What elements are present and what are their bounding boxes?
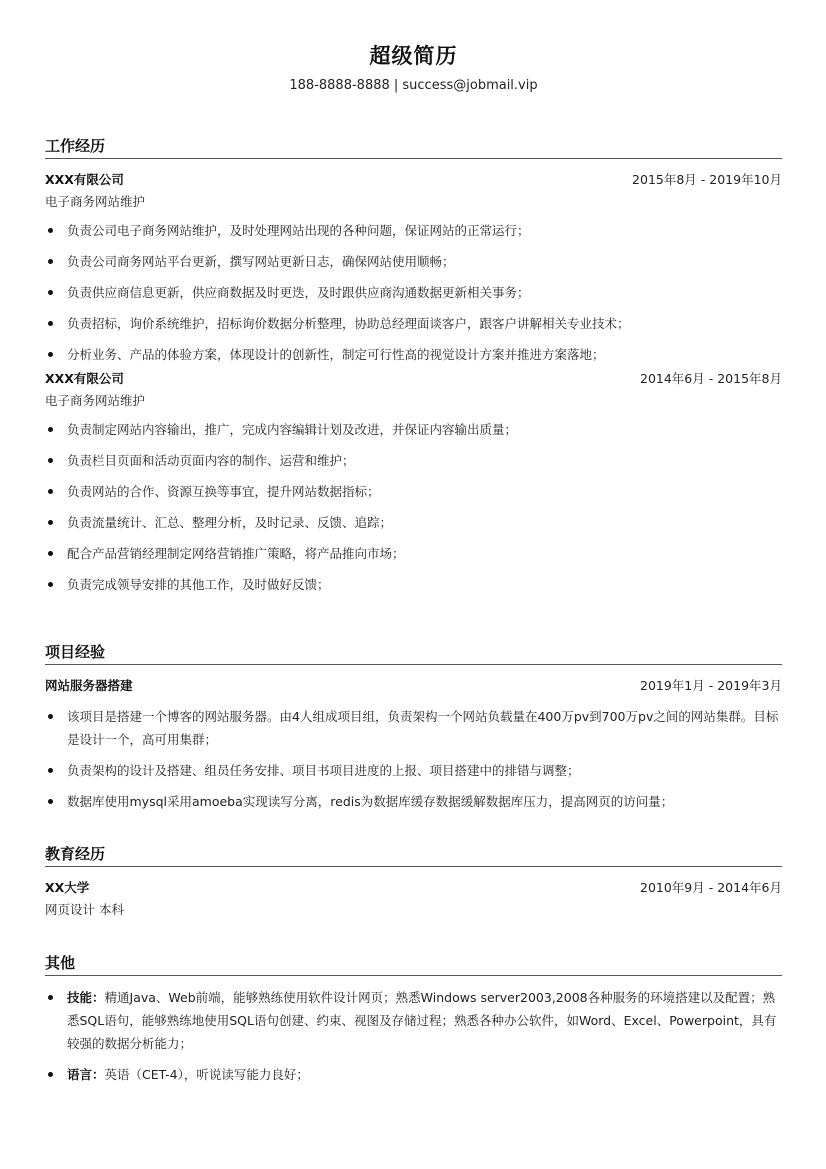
date-range: 2019年1月 - 2019年3月 bbox=[640, 675, 782, 697]
list-item: 负责供应商信息更新，供应商数据及时更迭，及时跟供应商沟通数据更新相关事务； bbox=[45, 281, 782, 304]
section-heading-work: 工作经历 bbox=[45, 134, 782, 159]
list-item: 数据库使用mysql采用amoeba实现读写分离，redis为数据库缓存数据缓解… bbox=[45, 790, 782, 813]
list-item: 负责制定网站内容输出，推广，完成内容编辑计划及改进，并保证内容输出质量； bbox=[45, 418, 782, 441]
date-range: 2015年8月 - 2019年10月 bbox=[632, 169, 782, 191]
skills-label: 技能： bbox=[67, 990, 105, 1005]
list-item: 分析业务、产品的体验方案，体现设计的创新性，制定可行性高的视觉设计方案并推进方案… bbox=[45, 343, 782, 366]
bullet-list: 负责公司电子商务网站维护，及时处理网站出现的各种问题，保证网站的正常运行； 负责… bbox=[45, 219, 782, 366]
job-role: 电子商务网站维护 bbox=[45, 191, 782, 213]
date-range: 2010年9月 - 2014年6月 bbox=[640, 877, 782, 899]
major-degree: 网页设计 本科 bbox=[45, 899, 782, 921]
list-item-language: 语言：英语（CET-4），听说读写能力良好； bbox=[45, 1063, 782, 1086]
list-item: 该项目是搭建一个博客的网站服务器。由4人组成项目组，负责架构一个网站负载量在40… bbox=[45, 705, 782, 751]
section-work: 工作经历 XXX有限公司 2015年8月 - 2019年10月 电子商务网站维护… bbox=[45, 134, 782, 604]
list-item: 负责流量统计、汇总、整理分析，及时记录、反馈、追踪； bbox=[45, 511, 782, 534]
skills-text: 精通Java、Web前端，能够熟练使用软件设计网页；熟悉Windows serv… bbox=[67, 990, 776, 1051]
company-name: XXX有限公司 bbox=[45, 368, 124, 390]
list-item: 负责公司商务网站平台更新，撰写网站更新日志，确保网站使用顺畅； bbox=[45, 250, 782, 273]
job-role: 电子商务网站维护 bbox=[45, 390, 782, 412]
school-name: XX大学 bbox=[45, 877, 89, 899]
company-name: XXX有限公司 bbox=[45, 169, 124, 191]
language-label: 语言： bbox=[67, 1067, 105, 1082]
resume-title: 超级简历 bbox=[45, 40, 782, 70]
section-heading-education: 教育经历 bbox=[45, 842, 782, 867]
language-text: 英语（CET-4），听说读写能力良好； bbox=[105, 1067, 309, 1082]
list-item-skills: 技能：精通Java、Web前端，能够熟练使用软件设计网页；熟悉Windows s… bbox=[45, 986, 782, 1055]
list-item: 负责完成领导安排的其他工作，及时做好反馈； bbox=[45, 573, 782, 596]
section-other: 其他 技能：精通Java、Web前端，能够熟练使用软件设计网页；熟悉Window… bbox=[45, 951, 782, 1094]
section-heading-other: 其他 bbox=[45, 951, 782, 976]
date-range: 2014年6月 - 2015年8月 bbox=[640, 368, 782, 390]
work-entry: XXX有限公司 2014年6月 - 2015年8月 电子商务网站维护 负责制定网… bbox=[45, 368, 782, 596]
list-item: 负责架构的设计及搭建、组员任务安排、项目书项目进度的上报、项目搭建中的排错与调整… bbox=[45, 759, 782, 782]
list-item: 负责招标，询价系统维护，招标询价数据分析整理，协助总经理面谈客户，跟客户讲解相关… bbox=[45, 312, 782, 335]
project-entry: 网站服务器搭建 2019年1月 - 2019年3月 该项目是搭建一个博客的网站服… bbox=[45, 675, 782, 813]
contact-info: 188-8888-8888 | success@jobmail.vip bbox=[45, 78, 782, 93]
list-item: 负责栏目页面和活动页面内容的制作、运营和维护； bbox=[45, 449, 782, 472]
bullet-list: 该项目是搭建一个博客的网站服务器。由4人组成项目组，负责架构一个网站负载量在40… bbox=[45, 705, 782, 813]
list-item: 配合产品营销经理制定网络营销推广策略，将产品推向市场； bbox=[45, 542, 782, 565]
bullet-list: 技能：精通Java、Web前端，能够熟练使用软件设计网页；熟悉Windows s… bbox=[45, 986, 782, 1086]
bullet-list: 负责制定网站内容输出，推广，完成内容编辑计划及改进，并保证内容输出质量； 负责栏… bbox=[45, 418, 782, 596]
section-heading-projects: 项目经验 bbox=[45, 640, 782, 665]
list-item: 负责公司电子商务网站维护，及时处理网站出现的各种问题，保证网站的正常运行； bbox=[45, 219, 782, 242]
work-entry: XXX有限公司 2015年8月 - 2019年10月 电子商务网站维护 负责公司… bbox=[45, 169, 782, 366]
project-name: 网站服务器搭建 bbox=[45, 675, 133, 697]
section-projects: 项目经验 网站服务器搭建 2019年1月 - 2019年3月 该项目是搭建一个博… bbox=[45, 640, 782, 821]
section-education: 教育经历 XX大学 2010年9月 - 2014年6月 网页设计 本科 bbox=[45, 842, 782, 921]
list-item: 负责网站的合作、资源互换等事宜，提升网站数据指标； bbox=[45, 480, 782, 503]
education-entry: XX大学 2010年9月 - 2014年6月 网页设计 本科 bbox=[45, 877, 782, 921]
